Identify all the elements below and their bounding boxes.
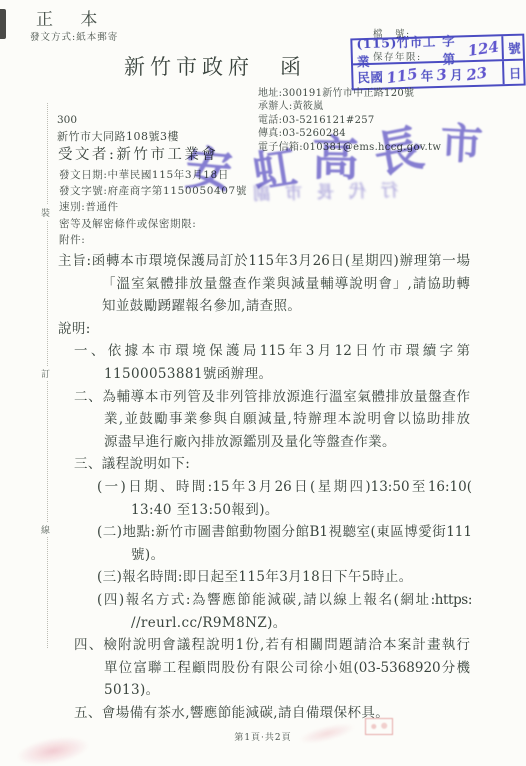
item-4-line: 單位富聯工程顧問股份有限公司徐小姐(03-5368920分機 [104, 657, 470, 680]
addressee-street: 新竹市大同路108號3樓 [57, 128, 179, 144]
receipt-month-handwritten: 3 [435, 65, 448, 84]
red-seal-stamp [365, 718, 393, 735]
receipt-unit: 號 [502, 36, 521, 60]
explanation-label: 說明: [58, 318, 470, 341]
sub-item-2-line: 號)。 [131, 544, 472, 567]
addressee-zip: 300 [57, 114, 77, 126]
item-1-line: 11500053881號函辦理。 [104, 363, 470, 386]
receipt-month-unit: 月 [450, 65, 464, 83]
deputy-mayor-stamp-bleed: 行代長市副 [238, 176, 399, 205]
item-1-line: 一、依據本市環境保護局115年3月12日竹市環續字第 [74, 340, 470, 363]
dispatch-meta-block: 發文日期:中華民國115年3月18日 發文字號:府產商字第1150050407號… [59, 167, 247, 248]
subject-line: 知並鼓勵踴躍報名參加,請查照。 [102, 295, 470, 318]
security-class: 密等及解密條件或保密期限: [59, 216, 247, 232]
send-method-label: 發文方式:紙本郵寄 [30, 29, 118, 43]
item-2-line: 業,並鼓勵事業參與自願減量,特辦理本說明會以協助排放 [104, 408, 470, 431]
sub-item-1-line: (一)日期、時間:15年3月26日(星期四)13:50至16:10( [97, 476, 472, 499]
item-2-line: 二、為輔導本市列管及非列管排放源進行溫室氣體排放量盤查作 [74, 386, 470, 409]
letter-body: 主旨:函轉本市環境保護局訂於115年3月26日(星期四)辦理第一場 「溫室氣體排… [0, 250, 526, 724]
contact-person: 承辦人:黃筱嵐 [258, 100, 441, 113]
binding-mark-zhuang: 裝 [41, 205, 50, 220]
contact-block: 地址:300191新竹市中正路120號 承辦人:黃筱嵐 電話:03-521612… [258, 87, 441, 154]
contact-address: 地址:300191新竹市中正路120號 [258, 87, 441, 100]
item-2-line: 源盡早進行廠內排放源鑑別及量化等盤查作業。 [104, 431, 470, 454]
receipt-day-unit: 日 [502, 61, 521, 85]
receipt-year-handwritten: 115 [385, 64, 419, 86]
contact-email: 電子信箱:010381@ems.hccg.gov.tw [258, 141, 441, 154]
sub-item-4-line: (四)報名方式:為響應節能減碳,請以線上報名(網址:https: [97, 589, 472, 612]
sub-item-2-line: (二)地點:新竹市圖書館動物園分館B1視聽室(東區博愛街111 [97, 521, 472, 544]
receipt-day-handwritten: 23 [465, 63, 488, 84]
recipient-line: 受文者:新竹市工業會 [58, 143, 218, 164]
copy-type-label: 正 本 [36, 5, 108, 30]
receipt-stamp: (115)竹市工業 字第 124 號 民國 115 年 3 月 23 日 [350, 34, 525, 91]
dispatch-date: 發文日期:中華民國115年3月18日 [59, 167, 247, 183]
sub-item-4-line: //reurl.cc/R9M8NZ)。 [131, 612, 472, 635]
official-letter-page: 裝 訂 線 正 本 發文方式:紙本郵寄 檔 號: 保存年限: 新竹市政府 函 (… [0, 0, 526, 766]
attachment-label: 附件: [59, 232, 247, 248]
contact-phone: 電話:03-5216121#257 [258, 114, 441, 127]
receipt-era: 民國 [357, 67, 384, 86]
subject-line: 「溫室氣體排放量盤查作業與減量輔導說明會」,請協助轉 [102, 273, 470, 296]
receipt-year-unit: 年 [420, 66, 434, 84]
item-5-line: 五、會場備有茶水,響應節能減碳,請自備環保杯具。 [74, 702, 470, 725]
item-3-line: 三、議程說明如下: [74, 453, 470, 476]
dispatch-number: 發文字號:府產商字第1150050407號 [59, 183, 247, 199]
priority: 速別:普通件 [59, 199, 247, 215]
receipt-number-handwritten: 124 [467, 37, 501, 59]
item-4-line: 5013)。 [104, 679, 470, 702]
sub-item-1-line: 13:40 至13:50報到)。 [131, 499, 472, 522]
sig-char-5: 市 [439, 110, 484, 172]
subject-line: 主旨:函轉本市環境保護局訂於115年3月26日(星期四)辦理第一場 [58, 250, 470, 273]
receipt-stamp-row2: 民國 115 年 3 月 23 日 [353, 61, 524, 89]
scan-edge-artifact [0, 9, 6, 39]
item-4-line: 四、檢附說明會議程說明1份,若有相關問題請洽本案計畫執行 [74, 634, 470, 657]
sub-item-3-line: (三)報名時間:即日起至115年3月18日下午5時止。 [97, 566, 472, 589]
contact-fax: 傳真:03-5260284 [258, 127, 441, 140]
